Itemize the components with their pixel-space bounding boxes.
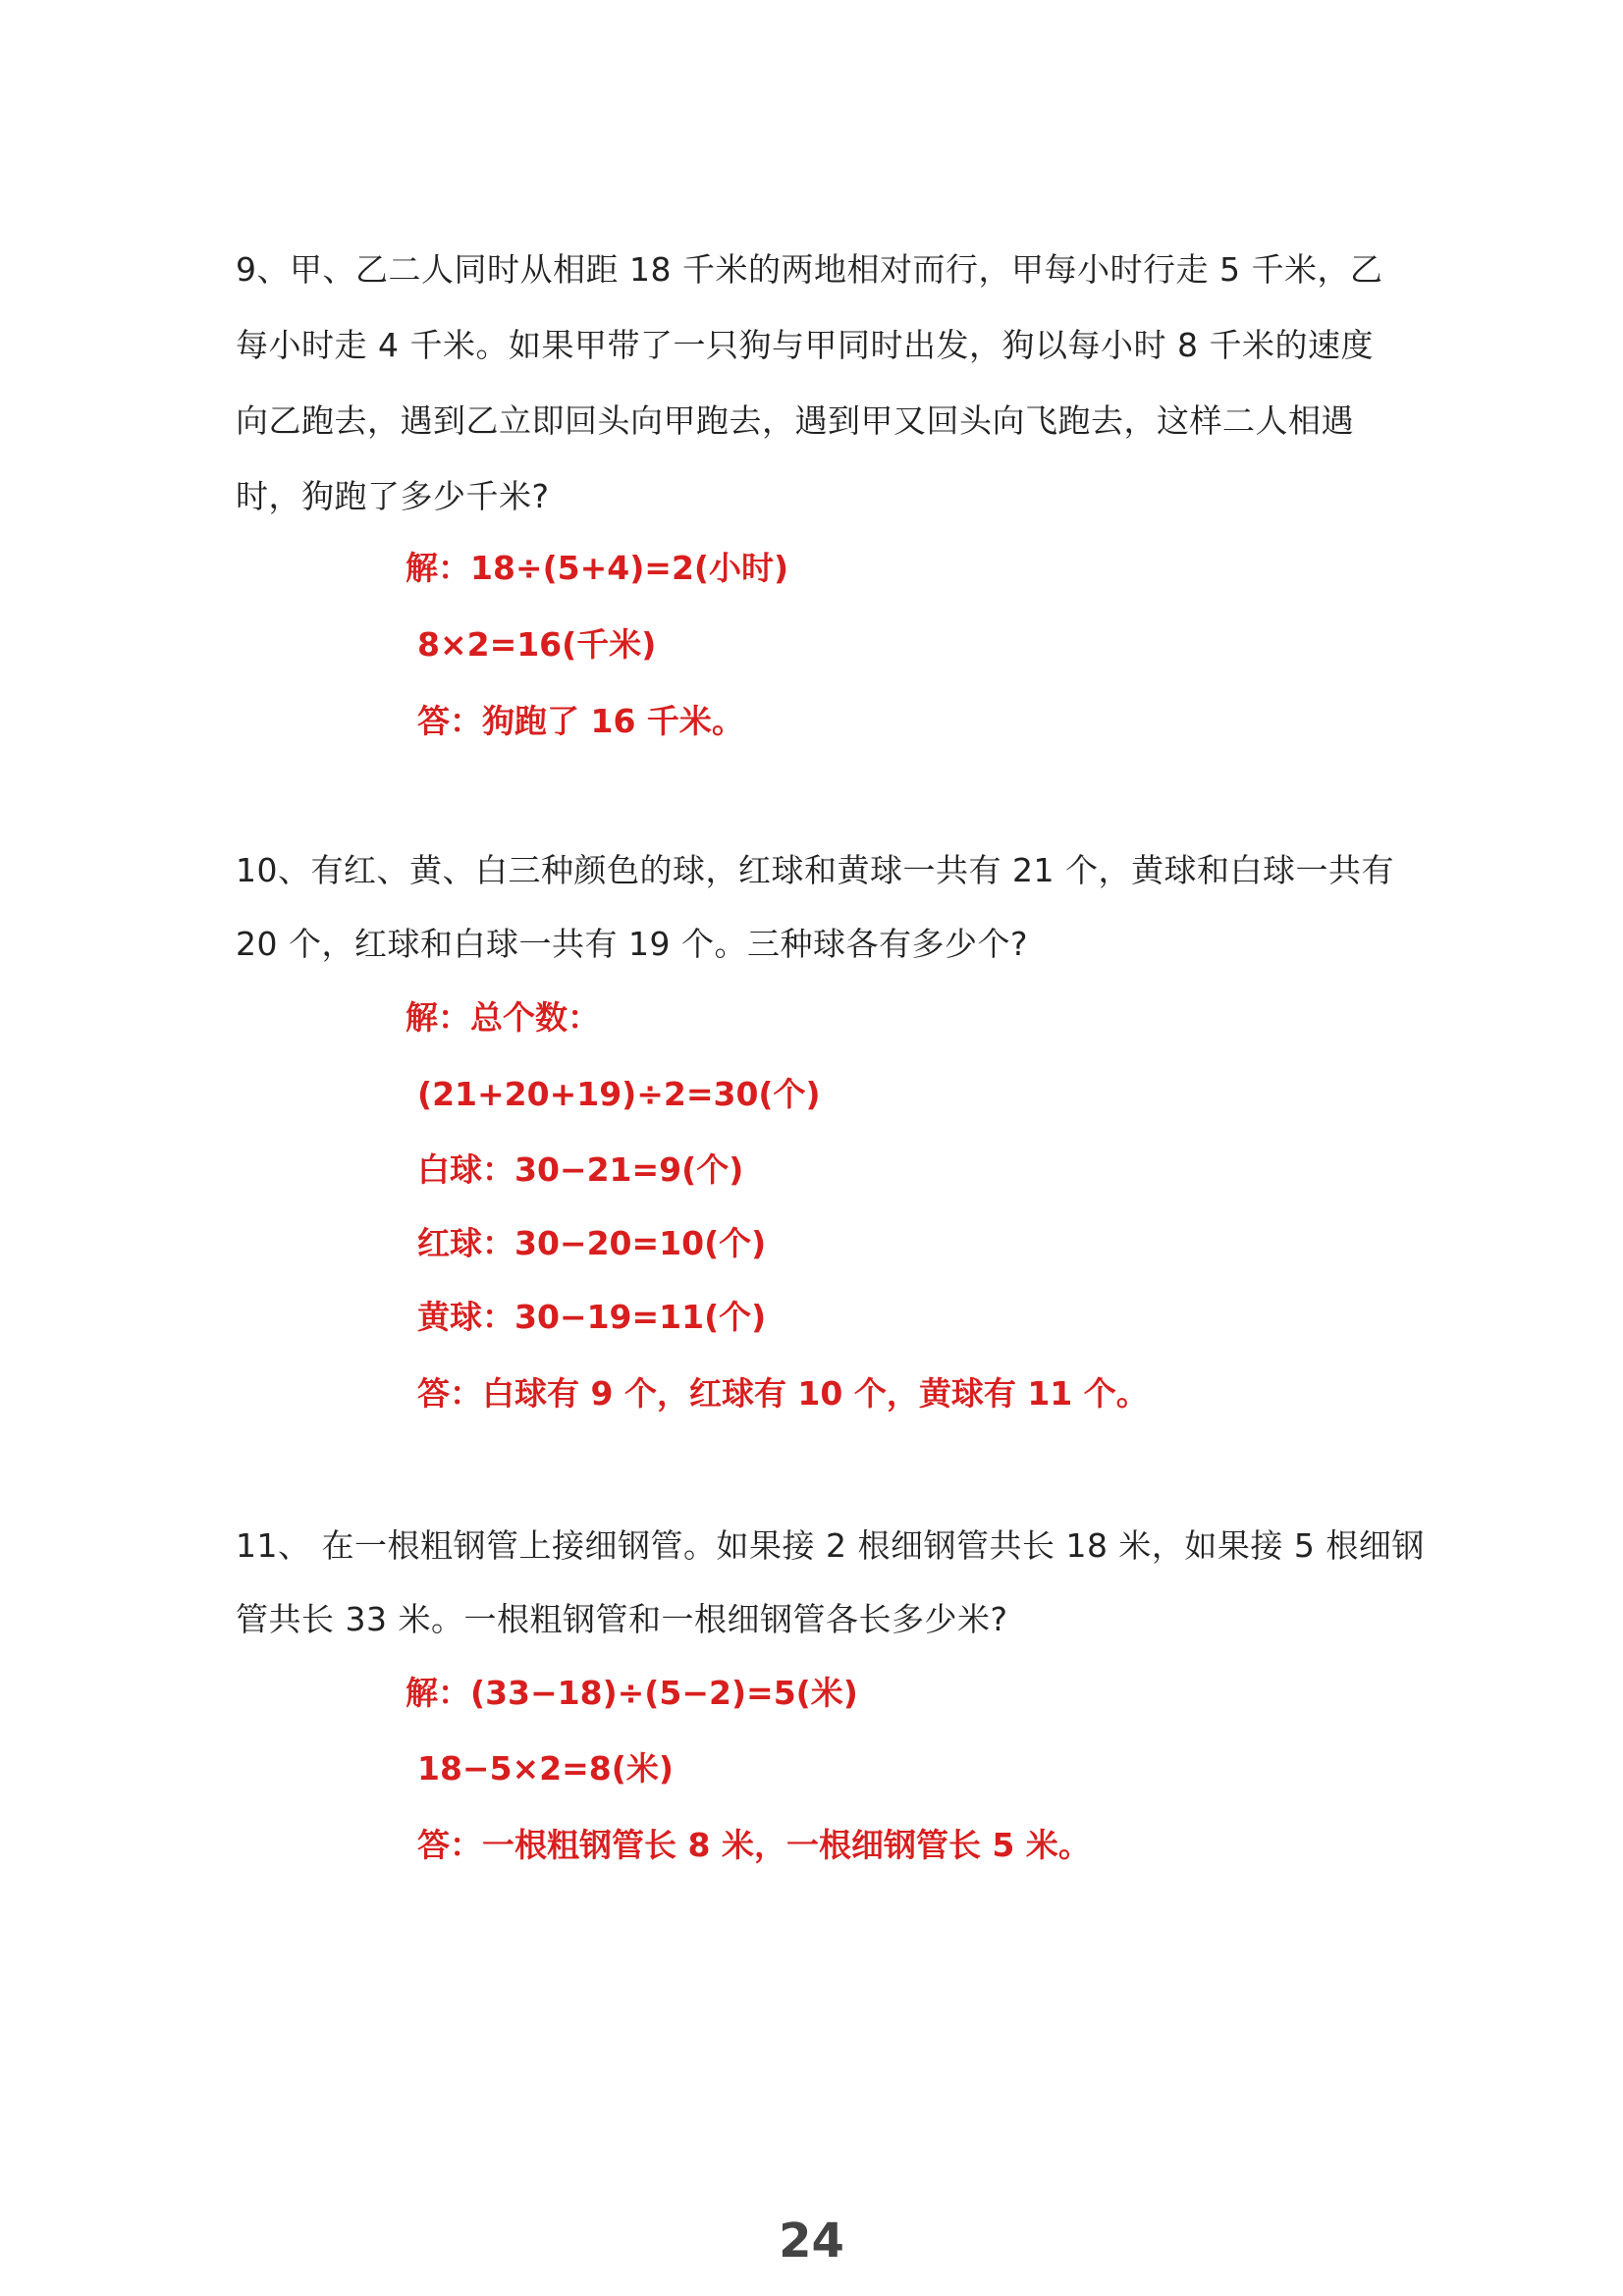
- problem-9-line-2: 每小时走 4 千米。如果甲带了一只狗与甲同时出发，狗以每小时 8 千米的速度: [236, 326, 1374, 365]
- problem-9-line-1: 9、甲、乙二人同时从相距 18 千米的两地相对而行，甲每小时行走 5 千米，乙: [236, 250, 1382, 290]
- problem-9-line-4: 时，狗跑了多少千米?: [236, 477, 550, 516]
- problem-9-line-3: 向乙跑去，遇到乙立即回头向甲跑去，遇到甲又回头向飞跑去，这样二人相遇: [236, 401, 1354, 441]
- solution-line: 黄球：30−19=11(个): [417, 1298, 766, 1337]
- solution-line: 解：18÷(5+4)=2(小时): [406, 549, 788, 588]
- solution-line: 白球：30−21=9(个): [417, 1150, 743, 1190]
- answer-line: 答：白球有 9 个，红球有 10 个，黄球有 11 个。: [417, 1374, 1149, 1414]
- solution-line: 18−5×2=8(米): [417, 1749, 674, 1789]
- page-number: 24: [0, 2214, 1623, 2269]
- solution-line: 红球：30−20=10(个): [417, 1224, 766, 1263]
- problem-10-line-1: 10、有红、黄、白三种颜色的球，红球和黄球一共有 21 个，黄球和白球一共有: [236, 851, 1394, 890]
- solution-line: 解：总个数：: [406, 998, 600, 1038]
- problem-11-line-1: 11、 在一根粗钢管上接细钢管。如果接 2 根细钢管共长 18 米，如果接 5 …: [236, 1526, 1425, 1566]
- solution-line: 8×2=16(千米): [417, 625, 656, 665]
- solution-line: (21+20+19)÷2=30(个): [417, 1075, 821, 1114]
- problem-11-line-2: 管共长 33 米。一根粗钢管和一根细钢管各长多少米?: [236, 1600, 1008, 1639]
- solution-line: 解：(33−18)÷(5−2)=5(米): [406, 1674, 858, 1713]
- answer-line: 答：一根粗钢管长 8 米，一根细钢管长 5 米。: [417, 1826, 1091, 1865]
- problem-10-line-2: 20 个，红球和白球一共有 19 个。三种球各有多少个?: [236, 925, 1028, 964]
- answer-line: 答：狗跑了 16 千米。: [417, 702, 744, 741]
